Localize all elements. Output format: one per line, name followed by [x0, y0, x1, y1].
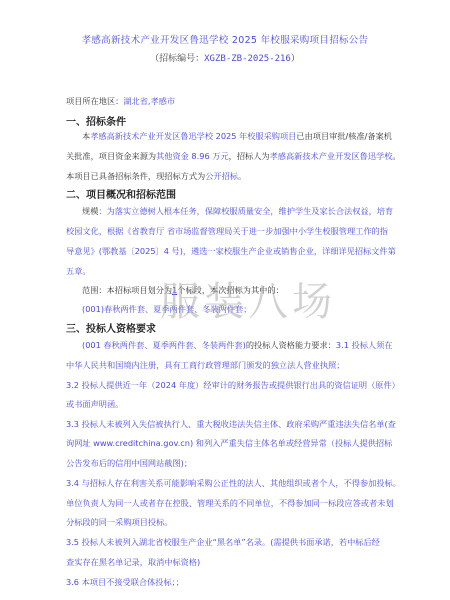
text: 的投标人资格能力要求：	[246, 340, 336, 350]
section3-line-4: 或书面声明函。	[66, 399, 123, 409]
announcement-page: 孝感高新技术产业开发区鲁迅学校 2025 年校服采购项目招标公告 （招标编号：X…	[0, 0, 450, 600]
section-heading-project-overview: 二、项目概况和招标范围	[66, 186, 176, 201]
tenderer-name: 孝感高新技术产业开发区鲁迅学校	[270, 151, 393, 161]
section-heading-bidder-qualification: 三、投标人资格要求	[66, 320, 156, 335]
section3-line-9: 单位负责人为同一人或者存在控股、管理关系的不同单位，不得参加同一标段应答或者未划	[66, 498, 394, 508]
watermark: 服装八场	[160, 270, 336, 327]
section1-line-1: 本孝感高新技术产业开发区鲁迅学校 2025 年校服采购项目已由项目审批/核准/备…	[82, 131, 392, 141]
bid-number: XGZB-ZB-2025-216	[204, 54, 291, 64]
section1-line-2: 关批准，项目资金来源为其他资金 8.96 万元，招标人为孝感高新技术产业开发区鲁…	[66, 151, 401, 161]
section2-scope-line: 范围：本招标项目划分为1个标段，本次招标为其中的：	[82, 285, 284, 295]
document-title: 孝感高新技术产业开发区鲁迅学校 2025 年校服采购项目招标公告	[0, 32, 450, 46]
section3-line-1: (001 春秋两件套、夏季两件套、冬装两件套)的投标人资格能力要求：3.1 投标…	[82, 340, 392, 350]
section2-lot-line: (001)春秋两件套、夏季两件套、冬装两件套；	[82, 304, 251, 314]
project-name: 孝感高新技术产业开发区鲁迅学校 2025 年校服采购项目	[90, 131, 296, 141]
bid-number-line: （招标编号：XGZB-ZB-2025-216）	[0, 51, 450, 64]
section3-line-12: 查实存在黑名单记录，取消中标资格)	[66, 557, 200, 567]
text: 3.1 投标人须在	[336, 340, 393, 350]
lot-name: (001 春秋两件套、夏季两件套、冬装两件套)	[82, 340, 246, 350]
text: 已由项目审批/核准/备案机	[296, 131, 392, 141]
section3-line-6: 询网址 www.creditchina.gov.cn) 和列入严重失信主体名单或…	[66, 438, 392, 448]
section3-line-11: 3.5 投标人未被列入湖北省校服生产企业“黑名单”名录。(需提供书面承诺，若中标…	[66, 537, 380, 547]
section3-line-3: 3.2 投标人提供近一年（2024 年度）经审计的财务报告或提供银行出具的资信证…	[66, 380, 400, 390]
section2-line-2: 校园文化，根据《省教育厅 省市场监督管理局关于进一步加强中小学生校服管理工作的指	[66, 226, 388, 236]
bid-number-prefix: （招标编号：	[150, 54, 204, 64]
section2-line-1: 规模：为落实立德树人根本任务，保障校服质量安全，维护学生及家长合法权益，培育	[82, 206, 393, 216]
text: 。	[238, 171, 246, 181]
scale-label: 规模	[82, 206, 98, 216]
region-label: 项目所在地区：	[66, 96, 123, 106]
text: 。	[392, 151, 400, 161]
text: 关批准，项目资金来源为	[66, 151, 156, 161]
section3-line-7: 公告发布后的信用中国网站截图)；	[66, 458, 192, 468]
section3-line-13: 3.6 本项目不接受联合体投标；；	[66, 577, 184, 587]
section-heading-bidding-conditions: 一、招标条件	[66, 113, 126, 128]
text: 本	[82, 131, 90, 141]
section2-line-3: 导意见》(鄂教基〔2025〕4 号)，遴选一家校服生产企业或销售企业，详细详见招…	[66, 246, 396, 256]
region-value: 湖北省,孝感市	[123, 96, 175, 106]
section3-line-2: 中华人民共和国境内注册，具有工商行政管理部门颁发的独立法人营业执照；	[66, 360, 344, 370]
bidding-method: 公开招标	[205, 171, 238, 181]
section3-line-8: 3.4 与招标人存在利害关系可能影响采购公正性的法人、其他组织或者个人，不得参加…	[66, 478, 401, 488]
fund-amount: 其他资金 8.96 万元	[156, 151, 229, 161]
text: ：为落实立德树人根本任务，保障校服质量安全，维护学生及家长合法权益，培育	[98, 206, 393, 216]
text: 范围：本招标项目划分为	[82, 285, 172, 295]
section2-line-4: 五章。	[66, 266, 91, 276]
project-region: 项目所在地区：湖北省,孝感市	[66, 96, 175, 106]
section3-line-10: 分标段的同一采购项目投标。	[66, 517, 172, 527]
text: 本项目已具备招标条件，现招标方式为	[66, 171, 205, 181]
text: 个标段，本次招标为其中的：	[177, 285, 283, 295]
text: ，招标人为	[229, 151, 270, 161]
bid-number-suffix: ）	[291, 54, 300, 64]
section3-line-5: 3.3 投标人未被列入失信被执行人、重大税收违法失信主体、政府采购严重违法失信名…	[66, 419, 396, 429]
section1-line-3: 本项目已具备招标条件，现招标方式为公开招标。	[66, 171, 246, 181]
